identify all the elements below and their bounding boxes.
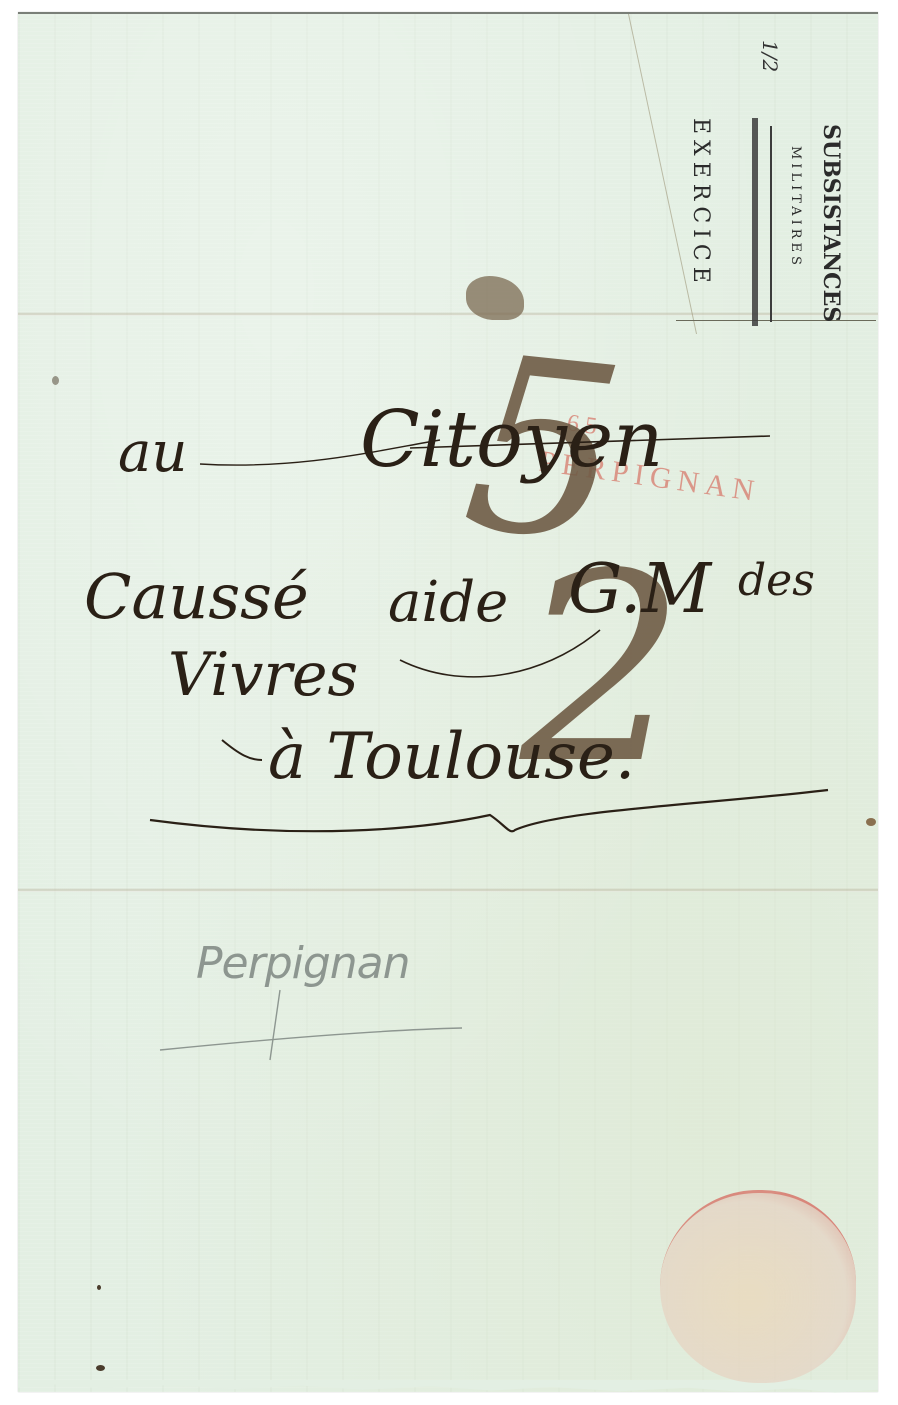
pencil-note-perpignan: Perpignan — [196, 938, 410, 989]
wax-seal-remnant — [660, 1190, 856, 1383]
